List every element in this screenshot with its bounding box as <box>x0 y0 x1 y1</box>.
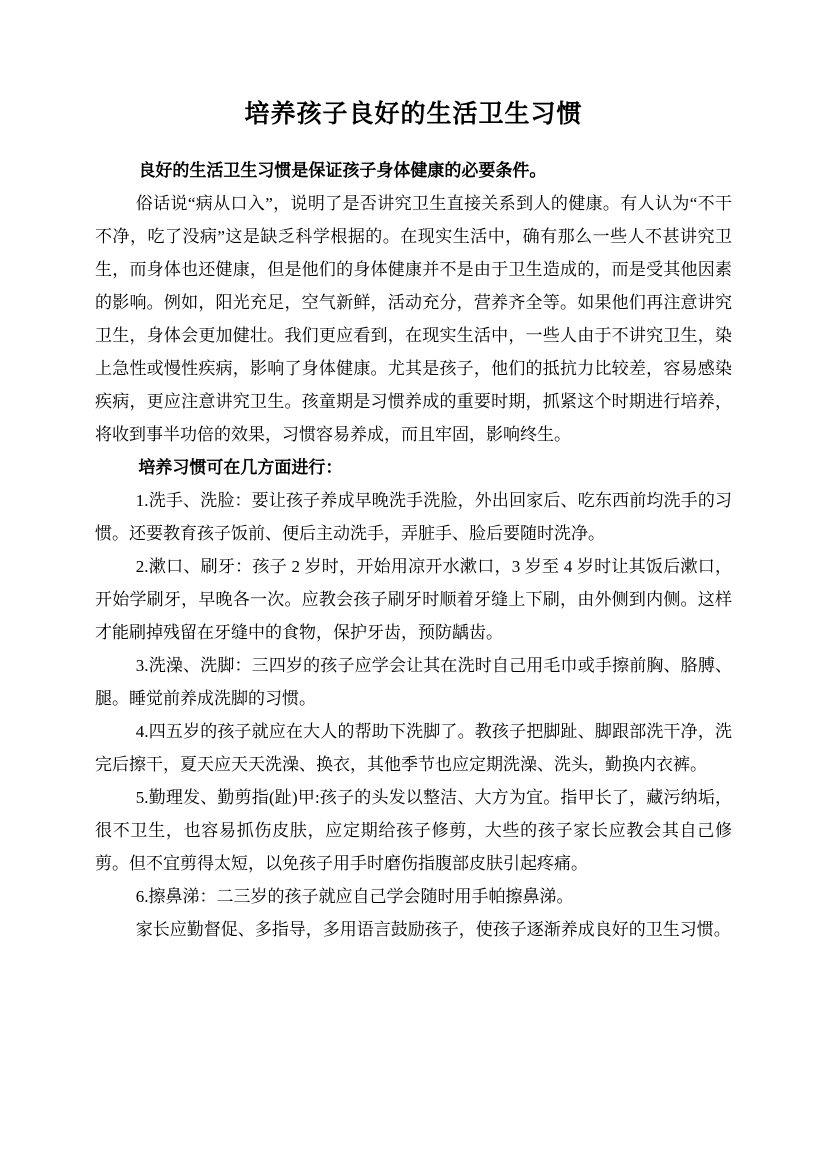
document-body: 培养孩子良好的生活卫生习惯 良好的生活卫生习惯是保证孩子身体健康的必要条件。 俗… <box>95 100 732 946</box>
list-item-3-paragraph: 3.洗澡、洗脚：三四岁的孩子应学会让其在洗时自己用毛巾或手擦前胸、胳膊、腿。睡觉… <box>95 649 732 715</box>
document-page: 培养孩子良好的生活卫生习惯 良好的生活卫生习惯是保证孩子身体健康的必要条件。 俗… <box>0 0 827 1170</box>
lead-statement-paragraph: 良好的生活卫生习惯是保证孩子身体健康的必要条件。 <box>95 154 732 187</box>
section-heading: 培养习惯可在几方面进行： <box>95 451 732 484</box>
list-item-1-paragraph: 1.洗手、洗脸：要让孩子养成早晚洗手洗脸，外出回家后、吃东西前均洗手的习惯。还要… <box>95 484 732 550</box>
list-item-2-paragraph: 2.漱口、刷牙：孩子 2 岁时，开始用凉开水漱口，3 岁至 4 岁时让其饭后漱口… <box>95 550 732 649</box>
closing-paragraph: 家长应勤督促、多指导，多用语言鼓励孩子，使孩子逐渐养成良好的卫生习惯。 <box>95 913 732 946</box>
list-item-4-paragraph: 4.四五岁的孩子就应在大人的帮助下洗脚了。教孩子把脚趾、脚跟部洗干净，洗完后擦干… <box>95 715 732 781</box>
list-item-5-paragraph: 5.勤理发、勤剪指(趾)甲:孩子的头发以整洁、大方为宜。指甲长了，藏污纳垢，很不… <box>95 781 732 880</box>
document-title: 培养孩子良好的生活卫生习惯 <box>95 100 732 130</box>
list-item-6-paragraph: 6.擦鼻涕：二三岁的孩子就应自己学会随时用手帕擦鼻涕。 <box>95 880 732 913</box>
intro-paragraph: 俗话说“病从口入”，说明了是否讲究卫生直接关系到人的健康。有人认为“不干不净，吃… <box>95 187 732 451</box>
